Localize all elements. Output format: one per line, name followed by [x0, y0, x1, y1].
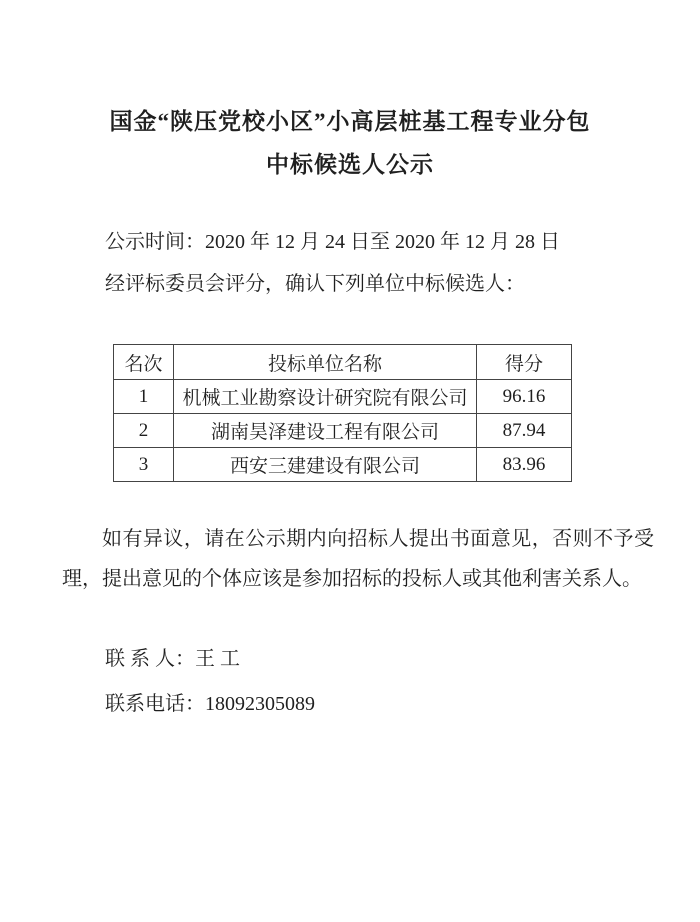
contact-person-text: 联 系 人：王 工 — [105, 642, 240, 671]
announcement-period-text: 公示时间：2020 年 12 月 24 日至 2020 年 12 月 28 日 — [105, 230, 560, 254]
cell-rank: 2 — [114, 414, 174, 448]
announcement-document-page: 国金“陕压党校小区”小高层桩基工程专业分包 中标候选人公示 公示时间：2020 … — [0, 0, 700, 922]
document-title-line2: 中标候选人公示 — [0, 143, 700, 186]
cell-rank: 3 — [114, 448, 174, 482]
evaluation-intro-text: 经评标委员会评分，确认下列单位中标候选人： — [105, 272, 525, 296]
table-row: 1 机械工业勘察设计研究院有限公司 96.16 — [114, 380, 572, 414]
header-rank: 名次 — [114, 345, 174, 380]
table-header-row: 名次 投标单位名称 得分 — [114, 345, 572, 380]
cell-score: 83.96 — [477, 448, 572, 482]
contact-phone-text: 联系电话：18092305089 — [105, 687, 315, 716]
cell-score: 96.16 — [477, 380, 572, 414]
cell-bidder-name: 机械工业勘察设计研究院有限公司 — [174, 380, 477, 414]
header-score: 得分 — [477, 345, 572, 380]
document-title-line1: 国金“陕压党校小区”小高层桩基工程专业分包 — [0, 100, 700, 143]
bid-candidates-table: 名次 投标单位名称 得分 1 机械工业勘察设计研究院有限公司 96.16 2 湖… — [113, 344, 572, 482]
cell-score: 87.94 — [477, 414, 572, 448]
document-title: 国金“陕压党校小区”小高层桩基工程专业分包 中标候选人公示 — [0, 100, 700, 186]
table-row: 3 西安三建建设有限公司 83.96 — [114, 448, 572, 482]
cell-bidder-name: 湖南昊泽建设工程有限公司 — [174, 414, 477, 448]
cell-bidder-name: 西安三建建设有限公司 — [174, 448, 477, 482]
objection-notice-text: 如有异议，请在公示期内向招标人提出书面意见，否则不予受理，提出意见的个体应该是参… — [62, 519, 654, 599]
header-bidder-name: 投标单位名称 — [174, 345, 477, 380]
cell-rank: 1 — [114, 380, 174, 414]
table-row: 2 湖南昊泽建设工程有限公司 87.94 — [114, 414, 572, 448]
